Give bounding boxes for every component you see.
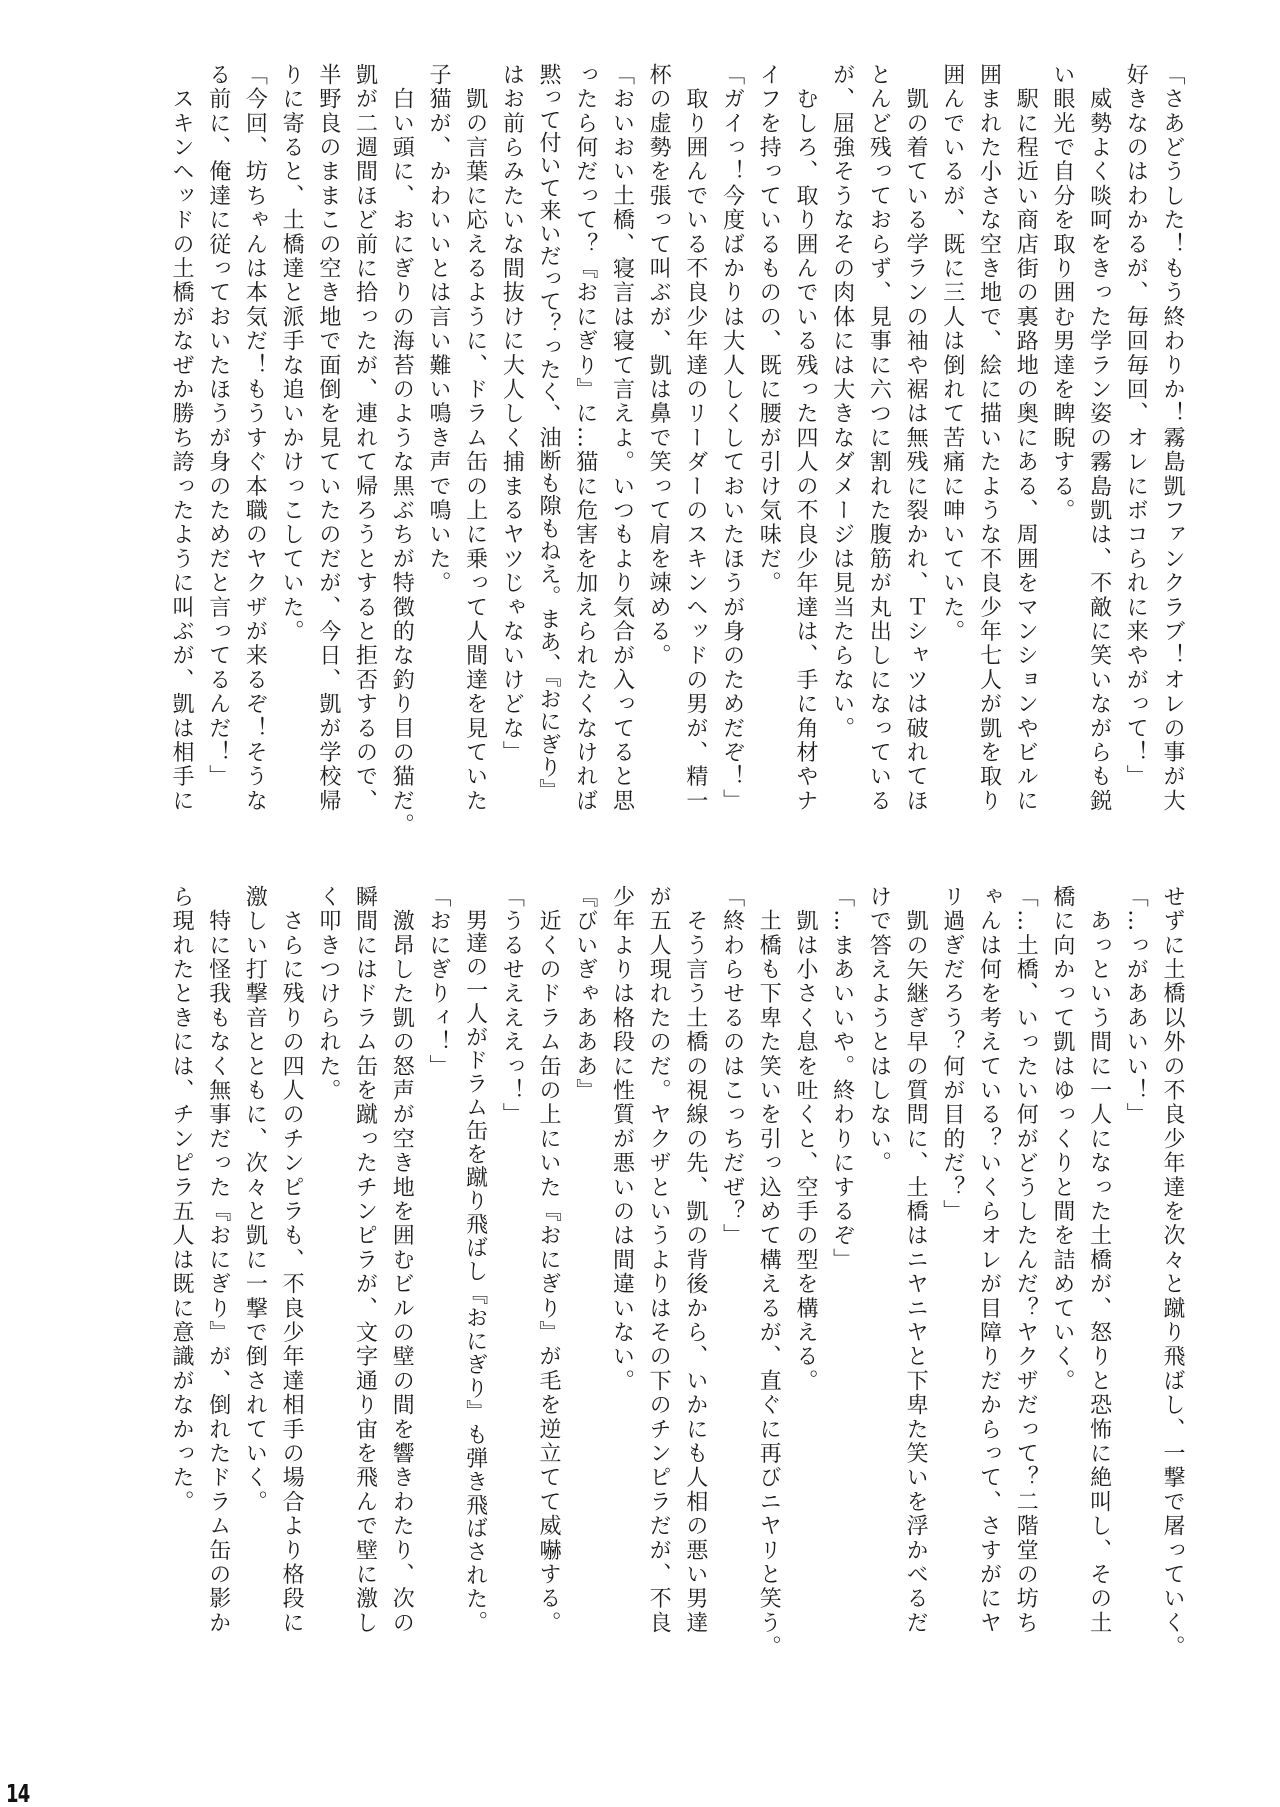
text-column: が、屈強そうなその肉体には大きなダメージは見当たらない。 — [823, 63, 860, 853]
text-column: 「さあどうした！もう終わりか！霧島凱ファンクラブ！オレの事が大 — [1153, 63, 1190, 853]
text-column: ったら何だって？『おにぎり』に…猫に危害を加えられたくなければ — [566, 63, 603, 853]
text-column: 凱が二週間ほど前に拾ったが、連れて帰ろうとすると拒否するので、 — [346, 63, 383, 853]
text-column: 凱の矢継ぎ早の質問に、土橋はニヤニヤと下卑た笑いを浮かべるだ — [896, 885, 933, 1675]
text-column: 『びいぎゃあああ』 — [566, 885, 603, 1675]
text-column: さらに残りの四人のチンピラも、不良少年達相手の場合より格段に — [272, 885, 309, 1675]
text-column: 激しい打撃音とともに、次々と凱に一撃で倒されていく。 — [236, 885, 273, 1675]
text-column: 近くのドラム缶の上にいた『おにぎり』が毛を逆立てて威嚇する。 — [529, 885, 566, 1675]
text-column: 「ガイっ！今度ばかりは大人しくしておいたほうが身のためだぞ！」 — [713, 63, 750, 853]
text-column: 凱の着ている学ランの袖や裾は無残に裂かれ、Ｔシャツは破れてほ — [896, 63, 933, 853]
text-column: 好きなのはわかるが、毎回毎回、オレにボコられに来やがって！」 — [1117, 63, 1154, 853]
text-column: ら現れたときには、チンピラ五人は既に意識がなかった。 — [162, 885, 199, 1675]
text-column: けで答えようとはしない。 — [860, 885, 897, 1675]
text-column: 威勢よく啖呵をきった学ラン姿の霧島凱は、不敵に笑いながらも鋭 — [1080, 63, 1117, 853]
text-column: ゃんは何を考えている？いくらオレが目障りだからって、さすがにヤ — [970, 885, 1007, 1675]
text-column: 駅に程近い商店街の裏路地の奥にある、周囲をマンションやビルに — [1006, 63, 1043, 853]
text-column: 凱は小さく息を吐くと、空手の型を構える。 — [786, 885, 823, 1675]
text-column: そう言う土橋の視線の先、凱の背後から、いかにも人相の悪い男達 — [676, 885, 713, 1675]
text-column: 半野良のままこの空き地で面倒を見ていたのだが、今日、凱が学校帰 — [309, 63, 346, 853]
text-column: 白い頭に、おにぎりの海苔のような黒ぶちが特徴的な釣り目の猫だ。 — [383, 63, 420, 853]
text-column: りに寄ると、土橋達と派手な追いかけっこしていた。 — [272, 63, 309, 853]
text-column: 取り囲んでいる不良少年達のリーダーのスキンヘッドの男が、精一 — [676, 63, 713, 853]
text-column: く叩きつけられた。 — [309, 885, 346, 1675]
book-page: 「さあどうした！もう終わりか！霧島凱ファンクラブ！オレの事が大 好きなのはわかる… — [0, 0, 1280, 1807]
text-column: 「おいおい土橋、寝言は寝て言えよ。いつもより気合が入ってると思 — [603, 63, 640, 853]
text-column: が五人現れたのだ。ヤクザというよりはその下のチンピラだが、不良 — [639, 885, 676, 1675]
text-column: 杯の虚勢を張って叫ぶが、凱は鼻で笑って肩を竦める。 — [639, 63, 676, 853]
text-column: 「…土橋、いったい何がどうしたんだ？ヤクザだって？二階堂の坊ち — [1006, 885, 1043, 1675]
text-column: 激昂した凱の怒声が空き地を囲むビルの壁の間を響きわたり、次の — [383, 885, 420, 1675]
text-column: むしろ、取り囲んでいる残った四人の不良少年達は、手に角材やナ — [786, 63, 823, 853]
text-column: せずに土橋以外の不良少年達を次々と蹴り飛ばし、一撃で屠っていく。 — [1153, 885, 1190, 1675]
page-number: 14 — [6, 1779, 30, 1807]
text-column: 土橋も下卑た笑いを引っ込めて構えるが、直ぐに再びニヤリと笑う。 — [750, 885, 787, 1675]
text-column: 男達の一人がドラム缶を蹴り飛ばし『おにぎり』も弾き飛ばされた。 — [456, 885, 493, 1675]
text-column: イフを持っているものの、既に腰が引け気味だ。 — [750, 63, 787, 853]
text-column: 「…まあいいや。終わりにするぞ」 — [823, 885, 860, 1675]
text-column: 「今回、坊ちゃんは本気だ！もうすぐ本職のヤクザが来るぞ！そうな — [236, 63, 273, 853]
text-column: 黙って付いて来いだって？ったく、油断も隙もねえ。まあ、『おにぎり』 — [529, 63, 566, 853]
text-column: 囲んでいるが、既に三人は倒れて苦痛に呻いていた。 — [933, 63, 970, 853]
text-column: スキンヘッドの土橋がなぜか勝ち誇ったように叫ぶが、凱は相手に — [162, 63, 199, 853]
text-column: 少年よりは格段に性質が悪いのは間違いない。 — [603, 885, 640, 1675]
text-block-bottom: せずに土橋以外の不良少年達を次々と蹴り飛ばし、一撃で屠っていく。 「…っがああい… — [162, 885, 1190, 1675]
text-column: 橋に向かって凱はゆっくりと間を詰めていく。 — [1043, 885, 1080, 1675]
text-column: あっという間に一人になった土橋が、怒りと恐怖に絶叫し、その土 — [1080, 885, 1117, 1675]
text-column: 凱の言葉に応えるように、ドラム缶の上に乗って人間達を見ていた — [456, 63, 493, 853]
text-column: 囲まれた小さな空き地で、絵に描いたような不良少年七人が凱を取り — [970, 63, 1007, 853]
text-column: 「…っがああいい！」 — [1117, 885, 1154, 1675]
text-column: 瞬間にはドラム缶を蹴ったチンピラが、文字通り宙を飛んで壁に激し — [346, 885, 383, 1675]
text-column: 「おにぎりィ！」 — [419, 885, 456, 1675]
text-column: 「終わらせるのはこっちだぜ？」 — [713, 885, 750, 1675]
text-column: はお前らみたいな間抜けに大人しく捕まるヤツじゃないけどな」 — [493, 63, 530, 853]
text-column: 特に怪我もなく無事だった『おにぎり』が、倒れたドラム缶の影か — [199, 885, 236, 1675]
text-column: る前に、俺達に従っておいたほうが身のためだと言ってるんだ！」 — [199, 63, 236, 853]
text-column: とんど残っておらず、見事に六つに割れた腹筋が丸出しになっている — [860, 63, 897, 853]
text-block-top: 「さあどうした！もう終わりか！霧島凱ファンクラブ！オレの事が大 好きなのはわかる… — [162, 63, 1190, 853]
text-column: リ過ぎだろう？何が目的だ？」 — [933, 885, 970, 1675]
text-column: 子猫が、かわいいとは言い難い鳴き声で鳴いた。 — [419, 63, 456, 853]
text-column: 「うるせえええっ！」 — [493, 885, 530, 1675]
text-column: い眼光で自分を取り囲む男達を睥睨する。 — [1043, 63, 1080, 853]
